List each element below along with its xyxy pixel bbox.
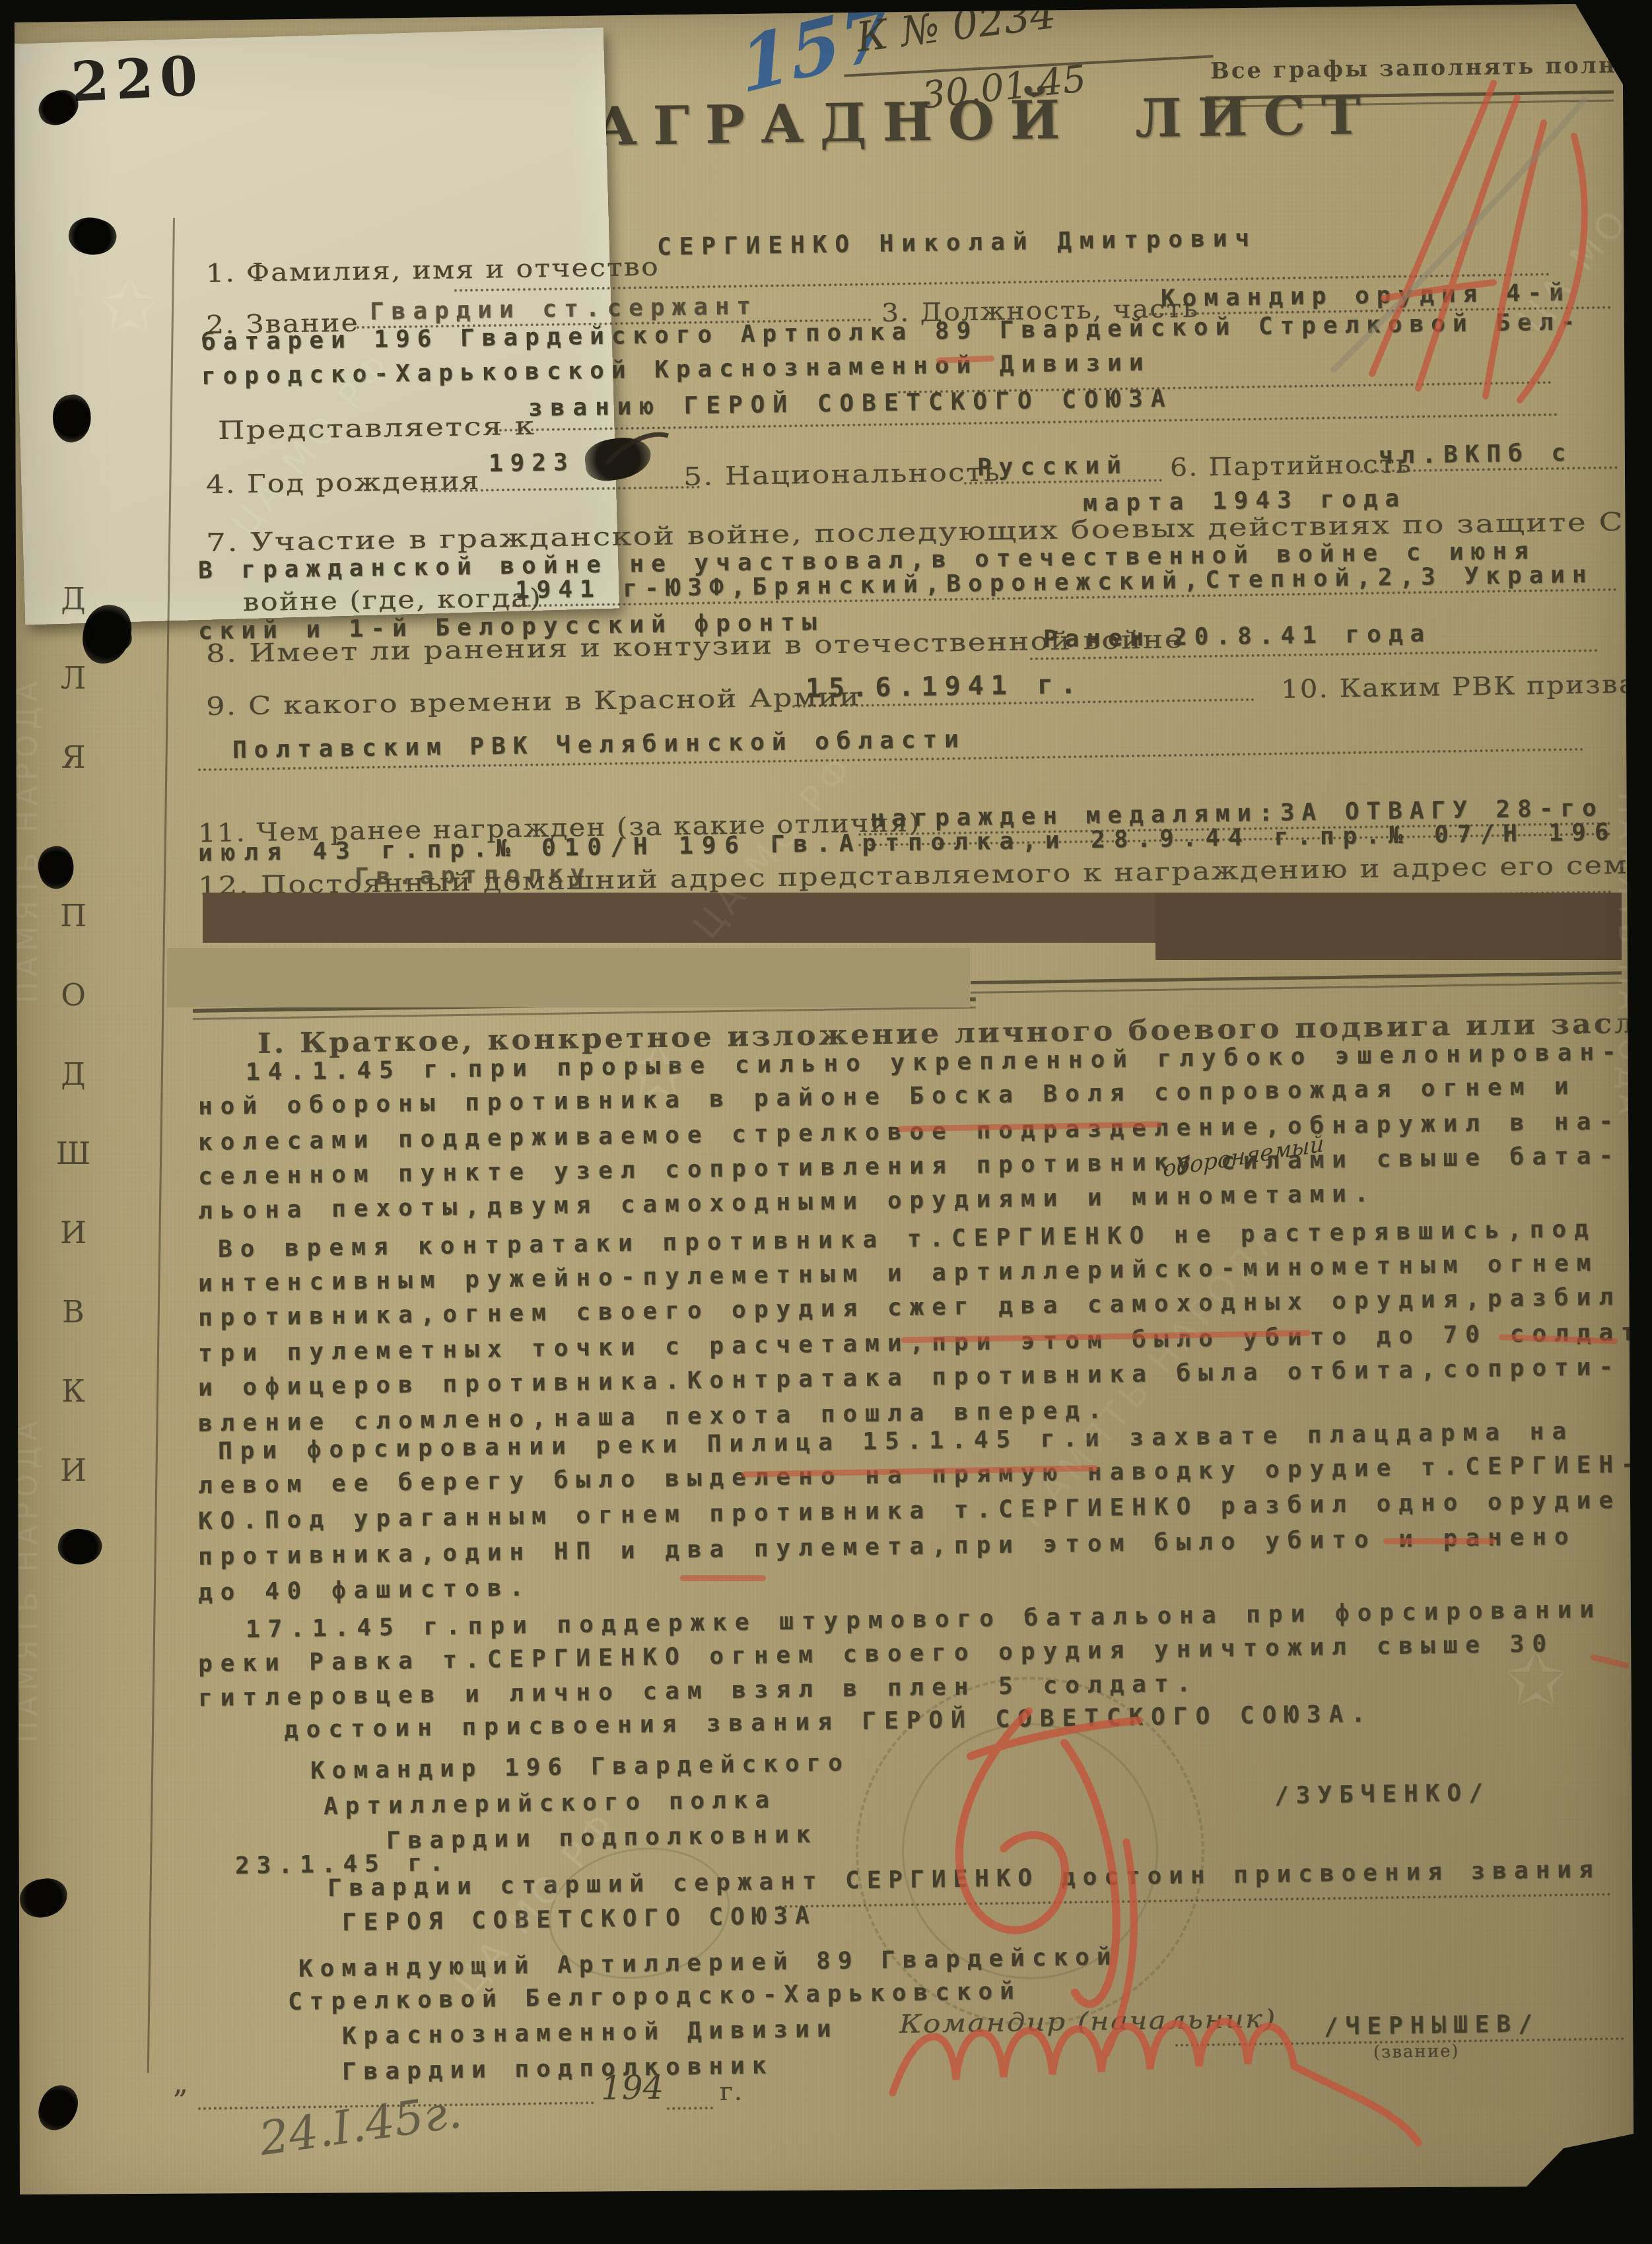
signer1-line: Артиллерийского полка [324, 1786, 777, 1820]
field-10-label: 10. Каким РВК призван [1281, 669, 1652, 704]
field-5-label: 5. Национальность [683, 458, 1002, 491]
divider-rule [971, 982, 1622, 994]
presented-for-label: Представляется к [218, 411, 536, 445]
field-5-value: Русский [977, 452, 1128, 481]
field-7-label-line2: войне (где, когда) [243, 583, 543, 617]
rank-caption: (звание) [1373, 2041, 1460, 2062]
commander-name: /ЧЕРНЫШЕВ/ [1324, 2010, 1540, 2041]
red-underline [680, 1575, 766, 1581]
red-underline [1590, 1654, 1630, 1669]
redaction-box [167, 948, 970, 1007]
body-line: до 40 фашистов. [198, 1575, 532, 1606]
watermark: ПАМЯТЬ НАРОДА [11, 1415, 44, 1743]
year-quote: „ [173, 2066, 190, 2100]
field-1-value: СЕРГИЕНКО Николай Дмитрович [657, 225, 1258, 261]
pencil-date: 24.I.45г. [256, 2084, 465, 2166]
signer1-line: Гвардии подполковник [386, 1821, 818, 1854]
margin-vertical-text: ДЛЯ ПОДШИВКИ [55, 581, 91, 2179]
redaction-box [1155, 893, 1622, 960]
year-suffix: г. [720, 2076, 744, 2106]
field-6-value-line1: чл.ВКПб с [1379, 440, 1573, 469]
scanned-award-sheet: 220 ДЛЯ ПОДШИВКИ 157 К № 0234 30.01.45 В… [0, 0, 1652, 2244]
endorsement-line2: ГЕРОЯ СОВЕТСКОГО СОЮЗА [342, 1902, 817, 1936]
redaction-box [203, 893, 1156, 943]
registry-number: К № 0234 [854, 0, 1058, 61]
field-4-label: 4. Год рождения [206, 466, 481, 499]
field-6-label: 6. Партийность [1170, 450, 1412, 482]
commander-caption: Командир (начальник) [899, 2004, 1277, 2039]
red-scribble-top-right [1372, 83, 1585, 400]
divider-rule [971, 971, 1622, 984]
watermark: ПАМЯТЬ НАРОДА [11, 676, 44, 1003]
field-8-value: Ранен 20.8.41 года [1043, 620, 1432, 653]
dotted-line [667, 2107, 713, 2110]
signer2-line: Краснознаменной Дивизии [342, 2016, 839, 2050]
signer2-line: Гвардии подполковник [342, 2052, 774, 2086]
instruction-note: Все графы заполнять полностью [1210, 51, 1652, 85]
field-2-value: Гвардии ст.сержант [370, 292, 759, 325]
field-9-value: 15.6.1941 г. [806, 669, 1084, 704]
red-underline [1383, 1538, 1496, 1544]
archive-page-stamp: 220 [70, 44, 206, 114]
signer1-line: Командир 196 Гвардейского [310, 1750, 850, 1785]
year-printed: 194 [601, 2068, 664, 2107]
presented-for-value: званию ГЕРОЙ СОВЕТСКОГО СОЮЗА [528, 386, 1173, 422]
signer1-name: /ЗУБЧЕНКО/ [1274, 1779, 1490, 1810]
field-9-label: 9. С какого времени в Красной Армии [206, 682, 861, 721]
paper-sheet: 220 ДЛЯ ПОДШИВКИ 157 К № 0234 30.01.45 В… [0, 0, 1652, 2244]
